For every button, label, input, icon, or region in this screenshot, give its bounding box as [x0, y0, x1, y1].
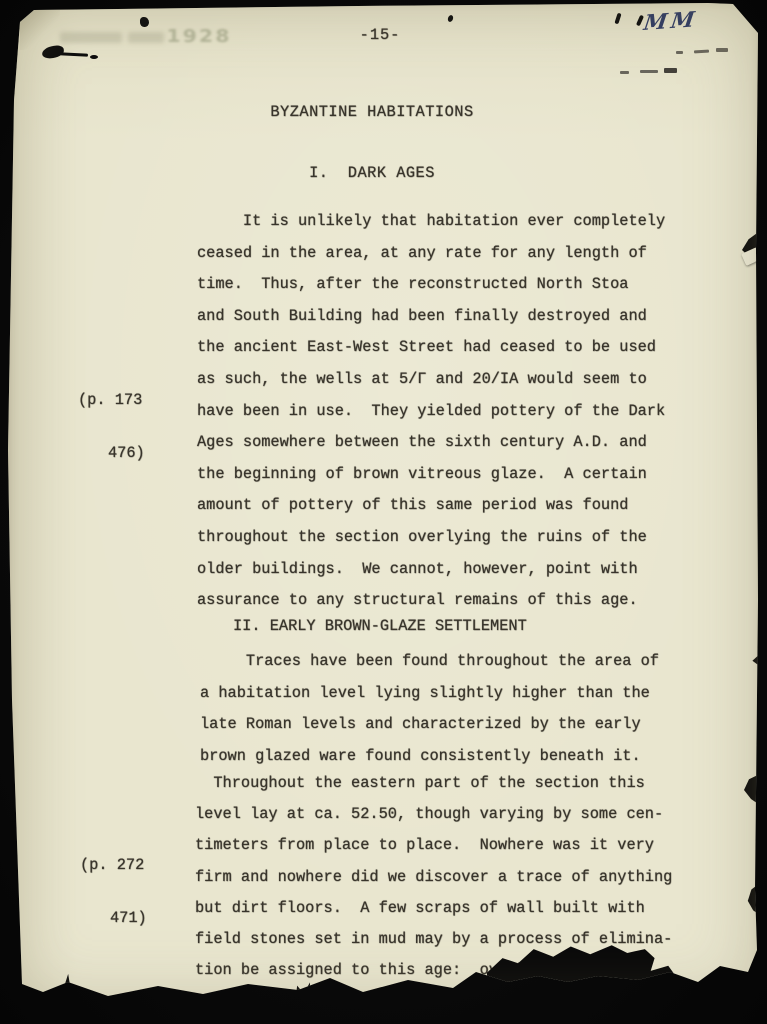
- handwritten-initials: MM: [642, 6, 700, 35]
- text-line: the beginning of brown vitreous glaze. A…: [197, 459, 665, 491]
- margin-note-line: (p. 272: [80, 857, 147, 875]
- text-line: but dirt floors. A few scraps of wall bu…: [195, 893, 672, 924]
- text-line: have been in use. They yielded pottery o…: [197, 396, 665, 428]
- pencil-dash: [694, 50, 709, 53]
- text-line: Traces have been found throughout the ar…: [200, 646, 659, 678]
- edge-tear: [750, 652, 762, 674]
- margin-note-line: 471): [110, 910, 147, 928]
- bottom-tear: [59, 973, 75, 1004]
- text-line: throughout the section overlying the rui…: [197, 522, 665, 554]
- section-1-paragraph-1: It is unlikely that habitation ever comp…: [197, 206, 665, 617]
- edge-tear: [746, 880, 764, 918]
- text-line: It is unlikely that habitation ever comp…: [197, 206, 665, 238]
- margin-note-1: (p. 173 476): [78, 357, 145, 497]
- text-line: amount of pottery of this same period wa…: [197, 490, 665, 522]
- document-page: 1928 -15- MM BYZANTINE HABITATIONS I. DA…: [8, 0, 760, 1008]
- page-number: -15-: [8, 26, 752, 44]
- section-2-paragraph-1: Traces have been found throughout the ar…: [200, 646, 659, 772]
- text-line: ceased in the area, at any rate for any …: [197, 238, 665, 270]
- pencil-dash: [676, 51, 683, 54]
- text-line: assurance to any structural remains of t…: [197, 585, 665, 617]
- text-line: Throughout the eastern part of the secti…: [195, 768, 672, 799]
- pencil-dash: [640, 70, 658, 73]
- text-line: a habitation level lying slightly higher…: [200, 678, 659, 710]
- text-line: late Roman levels and characterized by t…: [200, 709, 659, 741]
- edge-tear: [744, 772, 764, 808]
- text-line: firm and nowhere did we discover a trace…: [195, 862, 672, 893]
- section-1-heading: I. DARK AGES: [8, 164, 736, 182]
- text-line: level lay at ca. 52.50, though varying b…: [195, 799, 672, 830]
- ink-speck: [140, 17, 149, 27]
- pencil-dash: [620, 71, 629, 74]
- margin-note-line: 476): [108, 445, 145, 463]
- bottom-tear: [696, 962, 742, 1008]
- pencil-dash: [664, 68, 677, 73]
- pencil-dash: [716, 48, 728, 52]
- text-line: the ancient East-West Street had ceased …: [197, 332, 665, 364]
- text-line: Ages somewhere between the sixth century…: [197, 427, 665, 459]
- text-line: timeters from place to place. Nowhere wa…: [195, 830, 672, 861]
- text-line: and South Building had been finally dest…: [197, 301, 665, 333]
- section-2-heading: II. EARLY BROWN-GLAZE SETTLEMENT: [233, 617, 527, 635]
- margin-note-2: (p. 272 471): [80, 822, 147, 962]
- document-title: BYZANTINE HABITATIONS: [8, 103, 736, 121]
- margin-note-line: (p. 173: [78, 392, 145, 410]
- text-line: as such, the wells at 5/Γ and 20/ΙΑ woul…: [197, 364, 665, 396]
- ink-tick: [614, 13, 621, 25]
- text-line: time. Thus, after the reconstructed Nort…: [197, 269, 665, 301]
- ink-blot: [60, 52, 88, 56]
- ink-blot: [90, 55, 98, 59]
- ink-speck: [447, 14, 454, 22]
- text-line: older buildings. We cannot, however, poi…: [197, 554, 665, 586]
- scanner-background: 1928 -15- MM BYZANTINE HABITATIONS I. DA…: [0, 0, 767, 1024]
